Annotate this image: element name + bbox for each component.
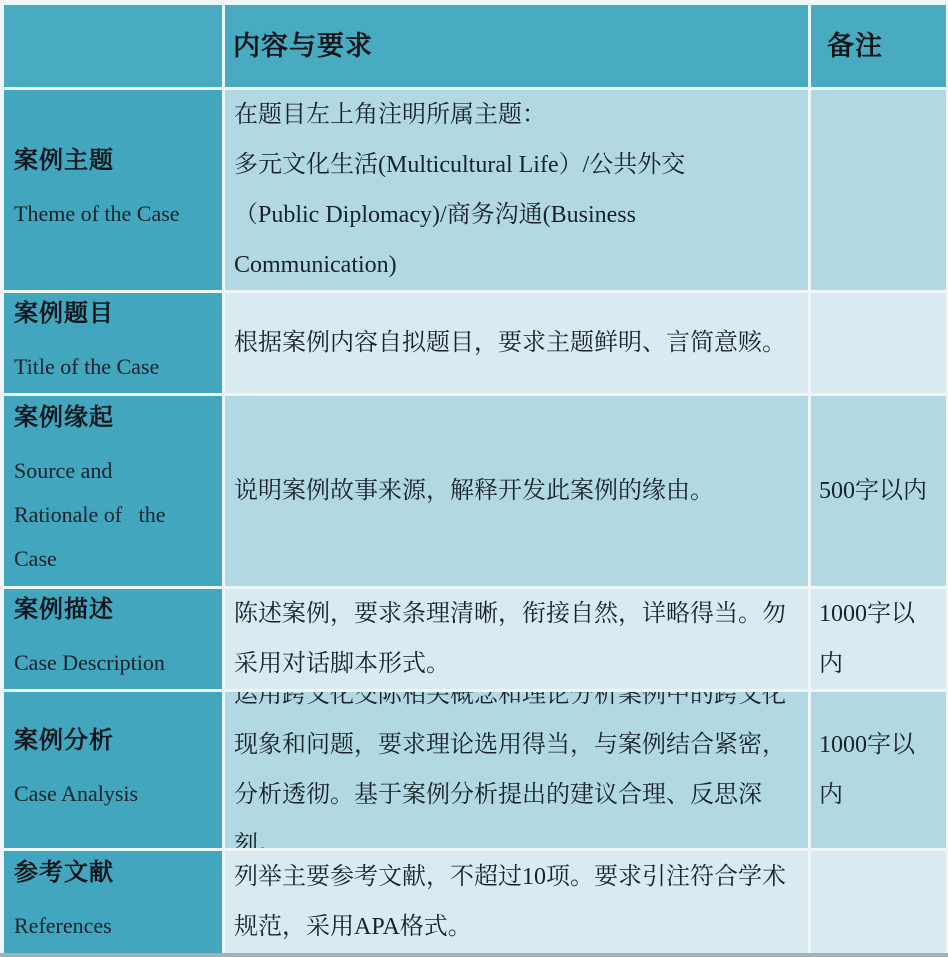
case-requirements-table: 内容与要求 备注 案例主题 Theme of the Case 在题目左上角注明… — [0, 0, 948, 957]
content-line: 规范，采用APA格式。 — [234, 902, 798, 952]
row-label-en: Case Description — [14, 641, 218, 685]
row-label-en: Title of the Case — [14, 345, 218, 389]
row-label-title: 案例题目 Title of the Case — [4, 293, 222, 393]
row-content-title: 根据案例内容自拟题目，要求主题鲜明、言简意赅。 — [225, 293, 808, 393]
row-note-analysis: 1000字以 内 — [811, 692, 946, 848]
row-label-zh: 案例主题 — [14, 144, 218, 178]
row-content-theme: 在题目左上角注明所属主题： 多元文化生活(Multicultural Life）… — [225, 90, 808, 290]
row-note-source: 500字以内 — [811, 396, 946, 586]
content-line: 运用跨文化交际相关概念和理论分析案例中的跨文化 — [234, 692, 798, 720]
note-line: 500字以内 — [819, 466, 942, 516]
note-line: 内 — [819, 639, 942, 689]
content-line: 列举主要参考文献，不超过10项。要求引注符合学术 — [234, 852, 798, 902]
row-label-references: 参考文献 References — [4, 851, 222, 953]
header-notes: 备注 — [811, 5, 946, 87]
row-label-en: References — [14, 904, 218, 948]
note-line: 1000字以 — [819, 720, 942, 770]
content-line: 现象和问题，要求理论选用得当，与案例结合紧密， — [234, 720, 798, 770]
content-line: Communication) — [234, 240, 798, 290]
header-notes-label: 备注 — [827, 30, 946, 62]
row-note-title — [811, 293, 946, 393]
row-content-source: 说明案例故事来源，解释开发此案例的缘由。 — [225, 396, 808, 586]
row-note-theme — [811, 90, 946, 290]
row-label-zh: 案例题目 — [14, 297, 218, 331]
content-line: 根据案例内容自拟题目，要求主题鲜明、言简意赅。 — [234, 318, 798, 368]
content-line: 说明案例故事来源，解释开发此案例的缘由。 — [234, 466, 798, 516]
content-line: 多元文化生活(Multicultural Life）/公共外交 — [234, 140, 798, 190]
content-line: 在题目左上角注明所属主题： — [234, 90, 798, 140]
content-line: （Public Diplomacy)/商务沟通(Business — [234, 190, 798, 240]
row-label-theme: 案例主题 Theme of the Case — [4, 90, 222, 290]
row-note-description: 1000字以 内 — [811, 589, 946, 689]
row-label-description: 案例描述 Case Description — [4, 589, 222, 689]
header-content-requirements: 内容与要求 — [225, 5, 808, 87]
row-label-en: Theme of the Case — [14, 192, 218, 236]
content-line: 采用对话脚本形式。 — [234, 639, 798, 689]
row-label-zh: 案例描述 — [14, 593, 218, 627]
row-label-zh: 案例分析 — [14, 724, 218, 758]
row-label-en: Rationale of the — [14, 493, 218, 537]
row-label-zh: 参考文献 — [14, 856, 218, 890]
row-content-description: 陈述案例，要求条理清晰，衔接自然，详略得当。勿 采用对话脚本形式。 — [225, 589, 808, 689]
row-label-analysis: 案例分析 Case Analysis — [4, 692, 222, 848]
row-note-references — [811, 851, 946, 953]
header-empty-cell — [4, 5, 222, 87]
row-label-zh: 案例缘起 — [14, 401, 218, 435]
row-content-references: 列举主要参考文献，不超过10项。要求引注符合学术 规范，采用APA格式。 — [225, 851, 808, 953]
row-label-en: Case Analysis — [14, 772, 218, 816]
row-label-en: Source and — [14, 449, 218, 493]
row-content-analysis: 运用跨文化交际相关概念和理论分析案例中的跨文化 现象和问题，要求理论选用得当，与… — [225, 692, 808, 848]
row-label-source: 案例缘起 Source and Rationale of the Case — [4, 396, 222, 586]
note-line: 内 — [819, 770, 942, 820]
note-line: 1000字以 — [819, 589, 942, 639]
header-content-label: 内容与要求 — [233, 30, 808, 62]
content-line: 陈述案例，要求条理清晰，衔接自然，详略得当。勿 — [234, 589, 798, 639]
content-line: 分析透彻。基于案例分析提出的建议合理、反思深刻。 — [234, 770, 798, 848]
row-label-en: Case — [14, 537, 218, 581]
